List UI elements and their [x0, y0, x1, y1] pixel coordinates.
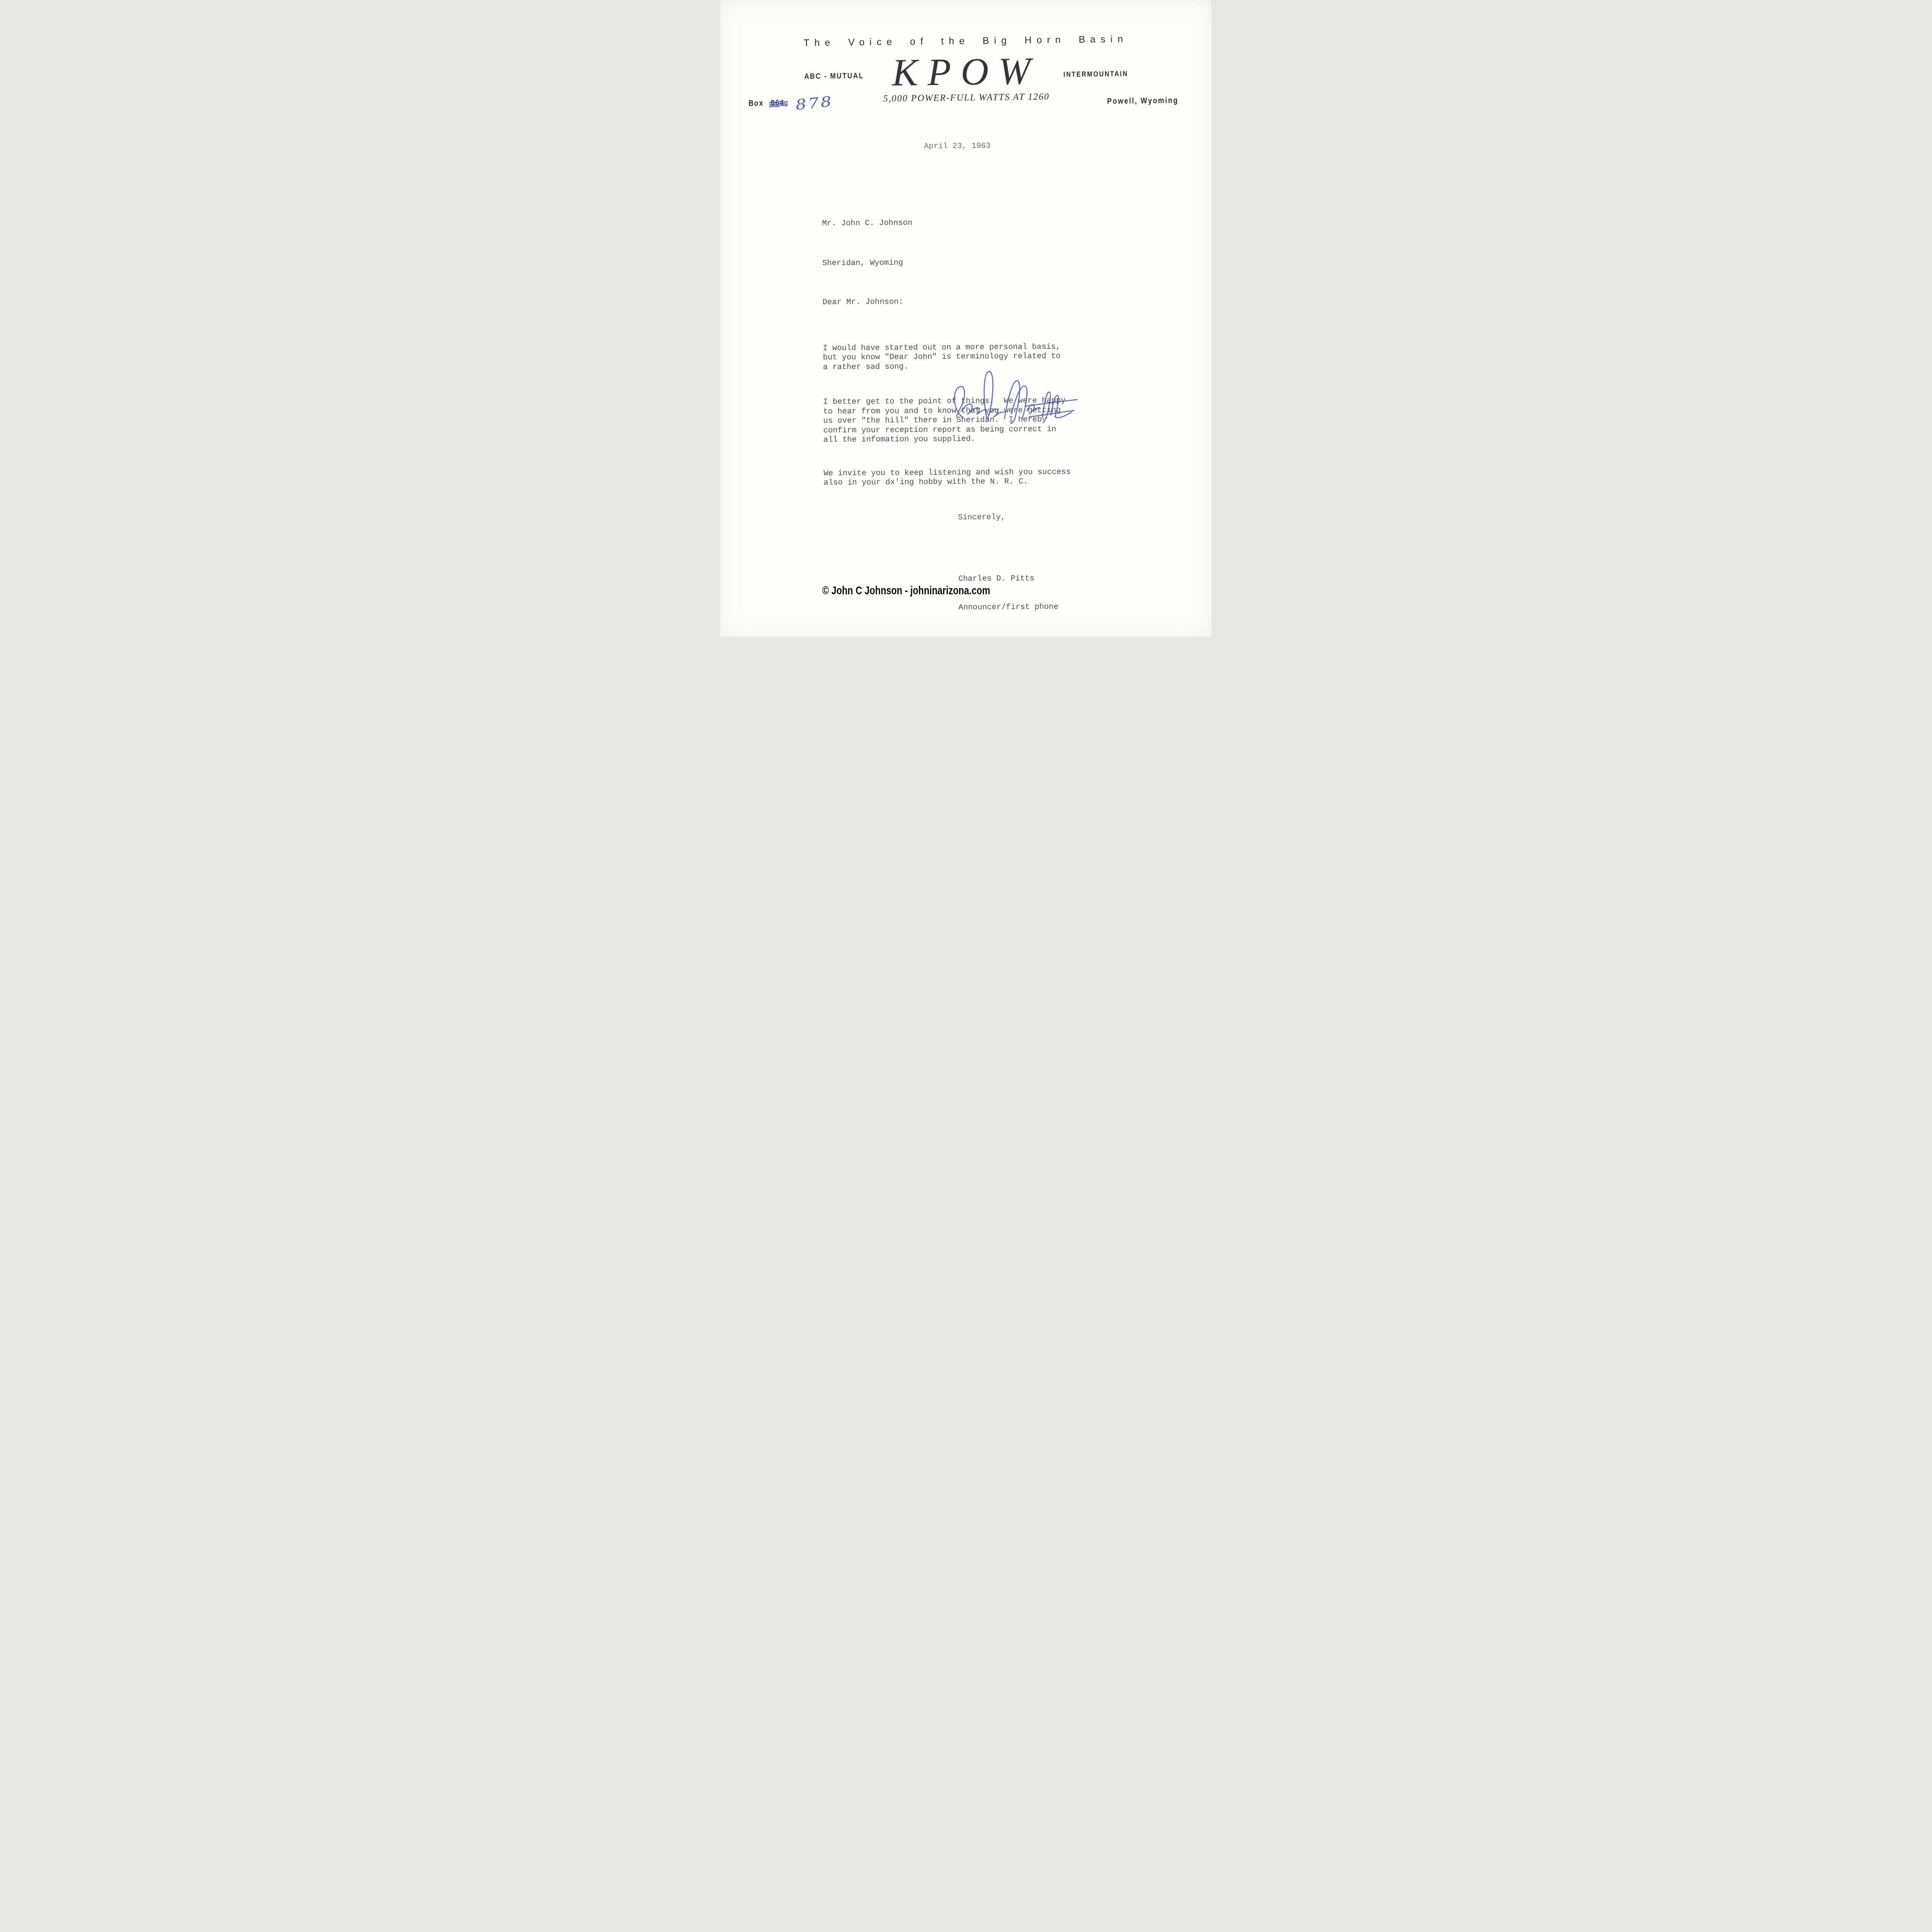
signer-typed-name: Charles D. Pitts	[958, 574, 1095, 584]
typed-body-wrapper: April 23, 1963 Mr. John C. Johnson Sheri…	[720, 0, 1212, 637]
closing: Sincerely,	[958, 512, 1094, 522]
letter-date: April 23, 1963	[924, 142, 990, 152]
paragraph-3: We invite you to keep listening and wish…	[823, 467, 1094, 488]
recipient-name: Mr. John C. Johnson	[822, 218, 1092, 229]
letter-scan: The Voice of the Big Horn Basin KPOW ABC…	[720, 0, 1212, 637]
recipient-city: Sheridan, Wyoming	[822, 257, 1093, 268]
signer-typed-title: Announcer/first phone	[958, 602, 1095, 612]
copyright-watermark: © John C Johnson - johninarizona.com	[822, 584, 990, 597]
salutation: Dear Mr. Johnson:	[823, 296, 1093, 308]
handwritten-signature	[949, 367, 1081, 430]
